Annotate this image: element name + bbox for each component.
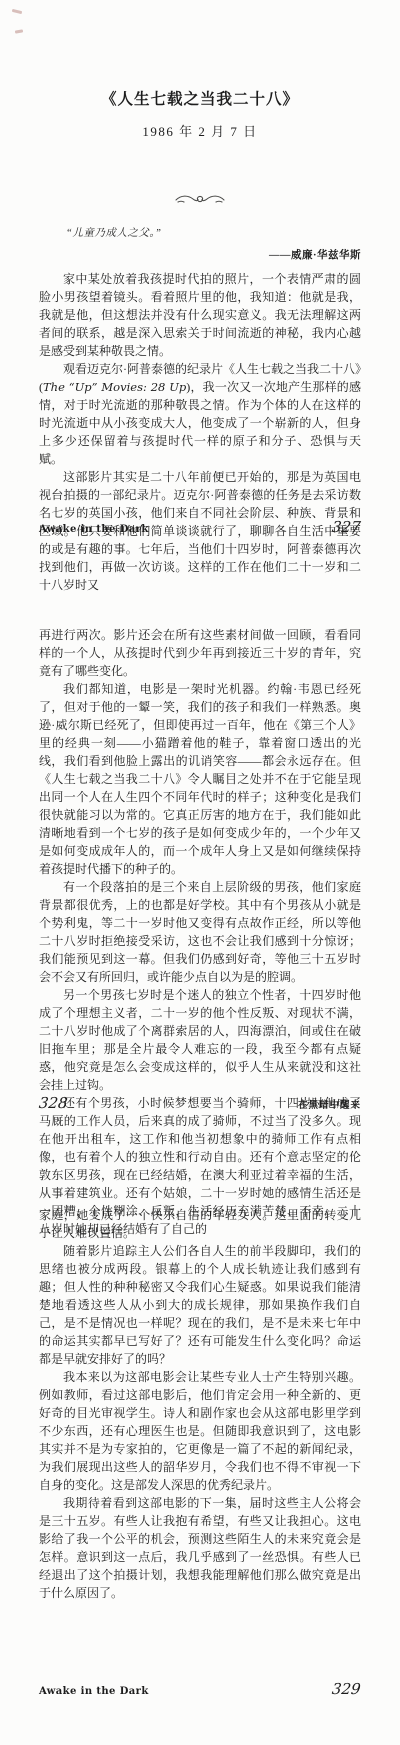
epigraph-quote: “儿童乃成人之父。” [39, 226, 361, 241]
page-327-body: 家中某处放着我孩提时代拍的照片，一个表情严肃的圆脸小男孩望着镜头。看着照片里的他… [39, 270, 361, 594]
body-paragraph: 我本来以为这部电影会让某些专业人士产生特别兴趣。例如教师，看过这部电影后，他们肯… [39, 1368, 361, 1494]
running-title: Awake in the Dark [39, 524, 149, 535]
body-paragraph-continued: 再进行两次。影片还会在所有这些素材间做一回顾，看看同样的一个人，从孩提时代到少年… [39, 626, 361, 680]
scan-speck [12, 9, 22, 14]
film-title-latin: The “Up” Movies: 28 Up [43, 380, 186, 394]
body-paragraph: 我期待着看到这部电影的下一集，届时这些主人公将会是三十五岁。有些人让我抱有希望，… [39, 1494, 361, 1602]
body-paragraph: 随着影片追踪主人公们各自人生的前半段脚印，我们的思绪也被分成两段。银幕上的个人成… [39, 1242, 361, 1368]
article-header: 《人生七载之当我二十八》 1986 年 2 月 7 日 [39, 90, 361, 140]
page-329-body: 家庭，她变成了一个快乐自信的年轻女人。这里面的转变几乎让人难以置信。 随着影片追… [39, 1206, 361, 1602]
page-328-footer: 328 在黑暗中醒来 [39, 1094, 361, 1112]
article-date: 1986 年 2 月 7 日 [39, 121, 361, 140]
body-paragraph: 有一个段落拍的是三个来自上层阶级的男孩，他们家庭背景都很优秀，上的也都是好学校。… [39, 878, 361, 986]
page-328-body: 再进行两次。影片还会在所有这些素材间做一回顾，看看同样的一个人，从孩提时代到少年… [39, 626, 361, 1238]
running-title: Awake in the Dark [39, 1686, 149, 1697]
page-327-footer: Awake in the Dark 327 [39, 518, 361, 536]
running-title: 在黑暗中醒来 [298, 1097, 361, 1111]
body-paragraph: 观看迈克尔·阿普泰德的纪录片《人生七载之当我二十八》(The “Up” Movi… [39, 360, 361, 468]
body-paragraph: 我们都知道，电影是一架时光机器。约翰·韦恩已经死了，但对于他的一颦一笑，我们的孩… [39, 680, 361, 878]
body-paragraph-continued: 家庭，她变成了一个快乐自信的年轻女人。这里面的转变几乎让人难以置信。 [39, 1206, 361, 1242]
page-number: 329 [331, 1680, 362, 1698]
scan-speck [15, 29, 23, 33]
page-number: 328 [38, 1094, 69, 1112]
body-paragraph: 另一个男孩七岁时是个迷人的独立个性者，十四岁时他成了个理想主义者，二十一岁的他个… [39, 986, 361, 1094]
book-scan-page: 《人生七载之当我二十八》 1986 年 2 月 7 日 “儿童乃成人之父。” —… [0, 0, 400, 1745]
ornament-divider [0, 191, 400, 212]
page-329-footer: Awake in the Dark 329 [39, 1680, 361, 1698]
epigraph-attribution: ——威廉·华兹华斯 [39, 247, 361, 262]
flourish-icon [174, 191, 226, 207]
page-title: 《人生七载之当我二十八》 [39, 90, 361, 110]
epigraph: “儿童乃成人之父。” ——威廉·华兹华斯 [39, 226, 361, 262]
page-number: 327 [331, 518, 362, 536]
body-paragraph: 家中某处放着我孩提时代拍的照片，一个表情严肃的圆脸小男孩望着镜头。看着照片里的他… [39, 270, 361, 360]
